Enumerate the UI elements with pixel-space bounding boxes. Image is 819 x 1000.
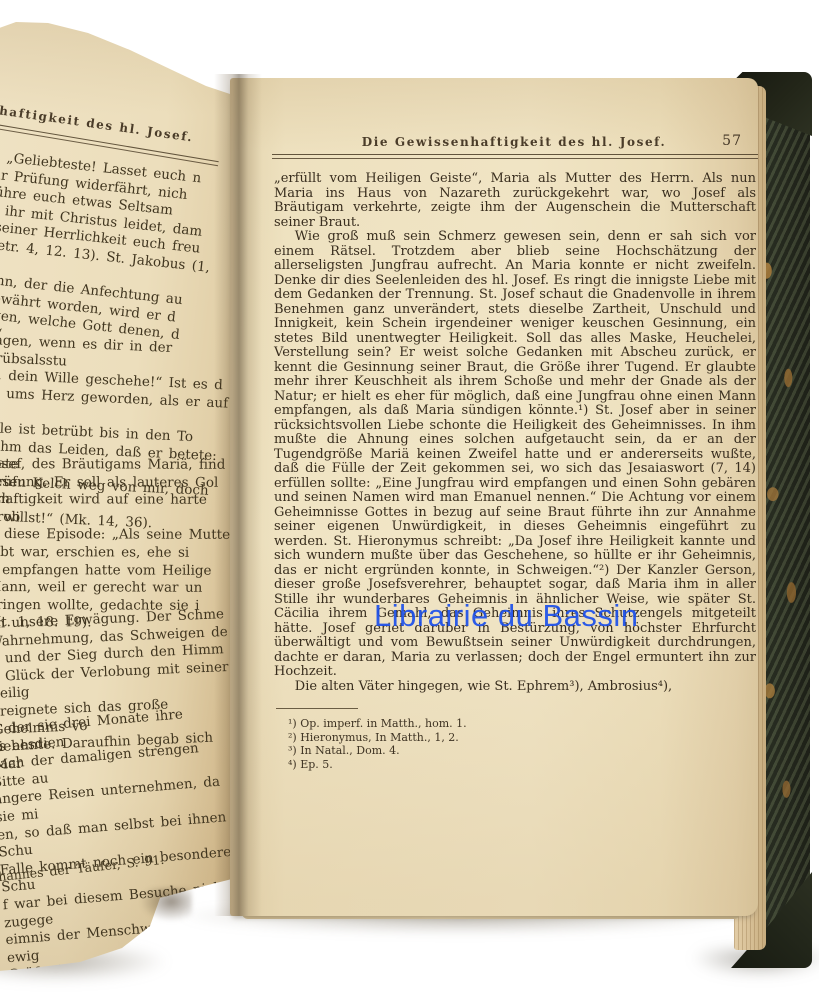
left-running-title: nhaftigkeit des hl. Josef. xyxy=(0,102,194,145)
footnote-3: ³) In Natal., Dom. 4. xyxy=(274,744,756,758)
footnote-2: ²) Hieronymus, In Matth., 1, 2. xyxy=(274,731,756,745)
page-number: 57 xyxy=(722,133,742,149)
gutter-bottom-shadow xyxy=(140,888,192,922)
header-rule xyxy=(272,154,758,159)
running-title: Die Gewissenhaftigkeit des hl. Josef. xyxy=(274,135,754,149)
bookseller-watermark: Librairie du Bassin xyxy=(374,598,639,634)
paragraph-1: „erfüllt vom Heiligen Geiste“, Maria als… xyxy=(274,172,756,230)
footnote-rule xyxy=(276,708,358,709)
gutter-shadow xyxy=(214,74,262,916)
left-page: nhaftigkeit des hl. Josef. 8: „Geliebtes… xyxy=(0,20,236,972)
book-photo: { "watermark": { "text": "Librairie du B… xyxy=(0,0,819,1000)
footnote-4: ⁴) Ep. 5. xyxy=(274,758,756,772)
paragraph-3: Die alten Väter hingegen, wie St. Ephrem… xyxy=(274,680,756,695)
right-page-body: „erfüllt vom Heiligen Geiste“, Maria als… xyxy=(274,172,756,771)
right-page: Die Gewissenhaftigkeit des hl. Josef. 57… xyxy=(230,78,758,916)
footnote-1: ¹) Op. imperf. in Matth., hom. 1. xyxy=(274,717,756,731)
